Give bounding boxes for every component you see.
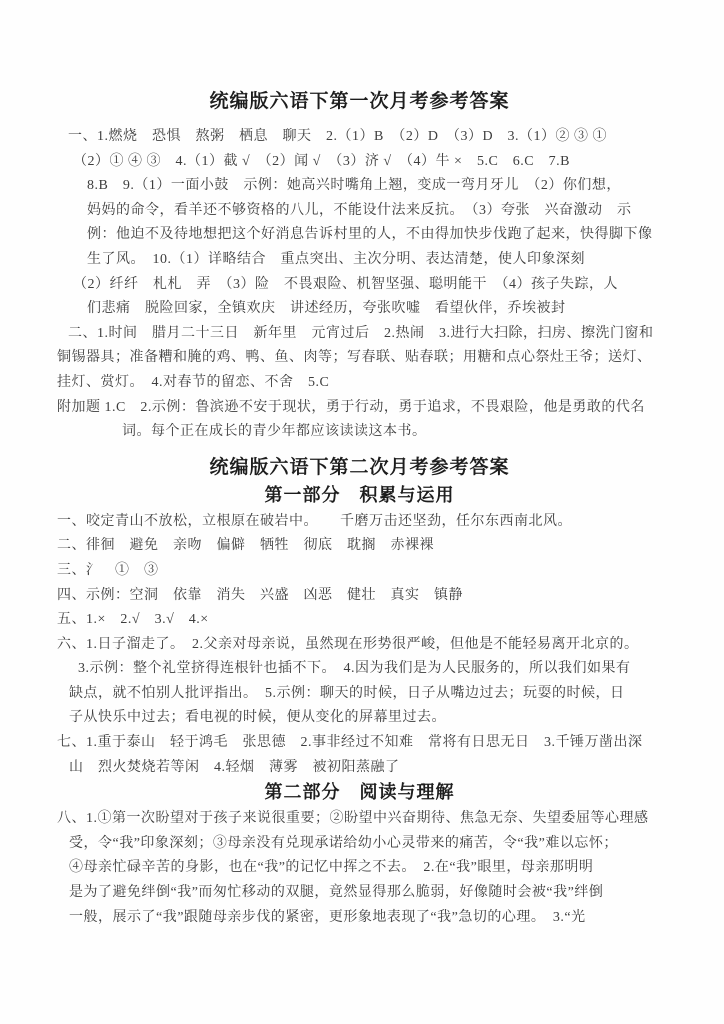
answer-line: 子从快乐中过去；看电视的时候，便从变化的屏幕里过去。	[57, 706, 662, 731]
answer-line: 一、1.燃烧 恐惧 熬粥 栖息 聊天 2.（1）B （2）D （3）D 3.（1…	[57, 125, 662, 150]
document-page: 统编版六语下第一次月考参考答案一、1.燃烧 恐惧 熬粥 栖息 聊天 2.（1）B…	[0, 0, 724, 1024]
answer-line: 一、咬定青山不放松，立根原在破岩中。 千磨万击还坚劲，任尔东西南北风。	[57, 510, 662, 535]
answer-line: 例：他迫不及待地想把这个好消息告诉村里的人，不由得加快步伐跑了起来，快得脚下像	[57, 223, 662, 248]
answer-line: 8.B 9.（1）一面小鼓 示例：她高兴时嘴角上翘，变成一弯月牙儿 （2）你们想…	[57, 174, 662, 199]
answer-line: 附加题 1.C 2.示例：鲁滨逊不安于现状，勇于行动，勇于追求，不畏艰险，他是勇…	[57, 396, 662, 421]
answer-line: 三、氵 ① ③	[57, 559, 662, 584]
part-heading: 第二部分 阅读与理解	[57, 780, 662, 805]
part-heading: 第一部分 积累与运用	[57, 483, 662, 508]
exam-title: 统编版六语下第二次月考参考答案	[57, 455, 662, 481]
answer-line: 3.示例：整个礼堂挤得连根针也插不下。 4.因为我们是为人民服务的，所以我们如果…	[57, 657, 662, 682]
answer-line: （2）纤纤 札札 弄 （3）险 不畏艰险、机智坚强、聪明能干 （4）孩子失踪，人	[57, 273, 662, 298]
answer-line: 四、示例：空洞 依靠 消失 兴盛 凶恶 健壮 真实 镇静	[57, 584, 662, 609]
exam-title: 统编版六语下第一次月考参考答案	[57, 89, 662, 115]
answer-line: 挂灯、赏灯。 4.对春节的留恋、不舍 5.C	[57, 371, 662, 396]
answer-line: （2）① ④ ③ 4.（1）截 √ （2）闻 √ （3）济 √ （4）牛 × 5…	[57, 150, 662, 175]
answer-line: 五、1.× 2.√ 3.√ 4.×	[57, 608, 662, 633]
answer-line: 七、1.重于泰山 轻于鸿毛 张思德 2.事非经过不知难 常将有日思无日 3.千锤…	[57, 731, 662, 756]
answer-line: 是为了避免绊倒“我”而匆忙移动的双腿，竟然显得那么脆弱，好像随时会被“我”绊倒	[57, 881, 662, 906]
answer-line: 受，令“我”印象深刻；③母亲没有兑现承诺给幼小心灵带来的痛苦，令“我”难以忘怀；	[57, 832, 662, 857]
answer-line: 妈妈的命令，看羊还不够资格的八儿，不能设什法来反抗。 （3）夸张 兴奋激动 示	[57, 199, 662, 224]
answer-line: 八、1.①第一次盼望对于孩子来说很重要；②盼望中兴奋期待、焦急无奈、失望委屈等心…	[57, 807, 662, 832]
answer-line: 们悲痛 脱险回家，全镇欢庆 讲述经历，夸张吹嘘 看望伙伴，乔埃被封	[57, 297, 662, 322]
answer-line: ④母亲忙碌辛苦的身影，也在“我”的记忆中挥之不去。 2.在“我”眼里，母亲那明明	[57, 856, 662, 881]
answer-line: 二、徘徊 避免 亲吻 偏僻 牺牲 彻底 耽搁 赤裸裸	[57, 534, 662, 559]
answer-line: 生了风。 10.（1）详略结合 重点突出、主次分明、表达清楚，使人印象深刻	[57, 248, 662, 273]
answer-line: 六、1.日子溜走了。 2.父亲对母亲说，虽然现在形势很严峻，但他是不能轻易离开北…	[57, 633, 662, 658]
answer-line: 二、1.时间 腊月二十三日 新年里 元宵过后 2.热闹 3.进行大扫除，扫房、擦…	[57, 322, 662, 347]
answer-line: 词。每个正在成长的青少年都应该读读这本书。	[57, 420, 662, 445]
answer-line: 铜锡器具；准备糟和腌的鸡、鸭、鱼、肉等；写春联、贴春联；用糖和点心祭灶王爷；送灯…	[57, 346, 662, 371]
answer-line: 山 烈火焚烧若等闲 4.轻烟 薄雾 被初阳蒸融了	[57, 756, 662, 781]
answer-line: 一般，展示了“我”跟随母亲步伐的紧密，更形象地表现了“我”急切的心理。 3.“光	[57, 906, 662, 931]
answer-line: 缺点，就不怕别人批评指出。 5.示例：聊天的时候，日子从嘴边过去；玩耍的时候，日	[57, 682, 662, 707]
